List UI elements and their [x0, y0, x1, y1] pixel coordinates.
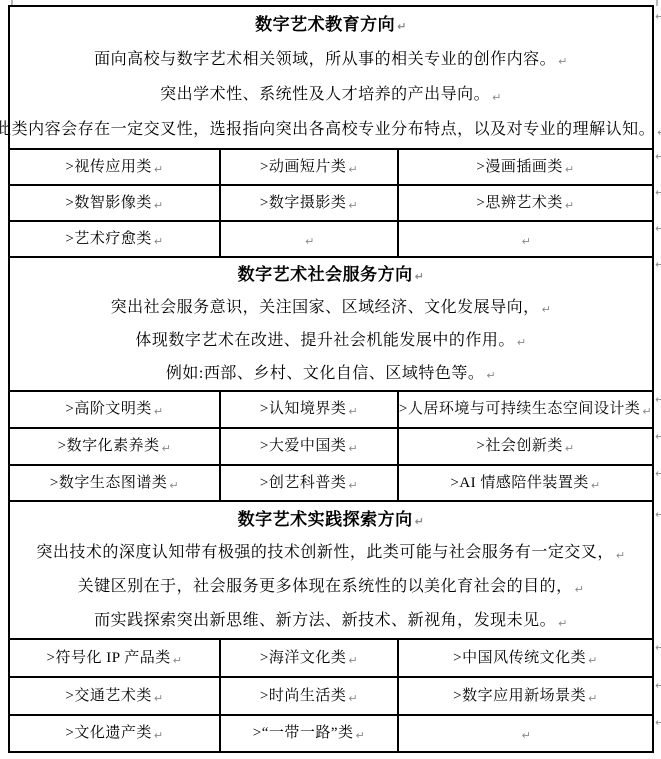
paragraph-mark-icon: ↵ — [558, 56, 568, 67]
paragraph-mark-icon: ↵ — [565, 200, 575, 211]
paragraph-mark-icon: ↵ — [415, 516, 425, 527]
paragraph-text: 关键区别在于，社会服务更多体现在系统性的以美化育社会的目的， — [78, 579, 573, 595]
paragraph-mark-icon: ↵ — [348, 693, 358, 704]
category-text: >大爱中国类 — [260, 439, 346, 454]
category-cell: >交通艺术类↵ — [10, 676, 221, 714]
paragraph-mark-icon: ↵ — [415, 271, 425, 282]
paragraph-mark-icon: ↵ — [162, 443, 172, 454]
section-title: 数字艺术实践探索方向↵ — [10, 502, 652, 536]
paragraph-mark-icon: ↵ — [348, 164, 358, 175]
category-cell: >符号化 IP 产品类↵ — [10, 638, 221, 676]
paragraph-mark-icon: ↵ — [657, 127, 661, 138]
category-text: >AI 情感陪伴装置类 — [450, 476, 589, 491]
category-row: >文化遗产类↵ >“一带一路”类↵ ↵ — [10, 714, 652, 751]
category-text: >数字摄影类 — [260, 196, 346, 211]
paragraph-text: 体现数字艺术在改进、提升社会机能发展中的作用。 — [135, 333, 515, 349]
paragraph-mark-icon: ↵ — [154, 730, 164, 741]
paragraph-mark-icon: ↵ — [492, 92, 502, 103]
paragraph-text: 例如:西部、乡村、文化自信、区域特色等。 — [166, 366, 484, 382]
category-text: >数字应用新场景类 — [453, 689, 586, 704]
row-end-mark-icon: ↵ — [655, 430, 661, 443]
section-paragraph: 面向高校与数字艺术相关领域，所从事的相关专业的创作内容。↵ — [10, 42, 652, 77]
category-cell: >数字生态图谱类↵ — [10, 464, 221, 500]
row-end-mark-icon: ↵ — [655, 258, 661, 271]
category-text: >漫画插画类 — [476, 160, 562, 175]
paragraph-mark-icon: ↵ — [154, 693, 164, 704]
paragraph-mark-icon: ↵ — [588, 655, 598, 666]
category-cell: >数智影像类↵ — [10, 184, 221, 220]
paragraph-mark-icon: ↵ — [486, 370, 496, 381]
section-title-text: 数字艺术社会服务方向 — [238, 266, 413, 283]
paragraph-mark-icon: ↵ — [542, 304, 552, 315]
margin-crop-mark-right — [656, 0, 658, 6]
paragraph-mark-icon: ↵ — [348, 480, 358, 491]
category-text: >认知境界类 — [260, 402, 346, 417]
section-paragraph: 此类内容会存在一定交叉性，选报指向突出各高校专业分布特点，以及对专业的理解认知。… — [10, 113, 652, 148]
category-text: >时尚生活类 — [260, 689, 346, 704]
category-text: >符号化 IP 产品类 — [47, 651, 171, 666]
paragraph-mark-icon: ↵ — [522, 236, 532, 247]
section-paragraph: 而实践探索突出新思维、新方法、新技术、新视角，发现未见。↵ — [10, 604, 652, 638]
paragraph-mark-icon: ↵ — [397, 21, 407, 32]
category-text: >数字化素养类 — [58, 439, 160, 454]
category-text: >社会创新类 — [476, 439, 562, 454]
category-row: >符号化 IP 产品类↵ >海洋文化类↵ >中国风传统文化类↵ — [10, 638, 652, 676]
paragraph-mark-icon: ↵ — [173, 655, 183, 666]
category-cell: >高阶文明类↵ — [10, 390, 221, 427]
paragraph-mark-icon: ↵ — [558, 618, 568, 629]
section-title-text: 数字艺术实践探索方向 — [238, 511, 413, 528]
category-cell: >人居环境与可持续生态空间设计类↵ — [399, 390, 652, 427]
paragraph-text: 突出社会服务意识，关注国家、区域经济、文化发展导向， — [111, 300, 540, 316]
category-cell: >漫画插画类↵ — [399, 148, 652, 184]
category-cell: >中国风传统文化类↵ — [399, 638, 652, 676]
category-cell: >动画短片类↵ — [221, 148, 399, 184]
row-end-mark-icon: ↵ — [655, 10, 661, 23]
paragraph-mark-icon: ↵ — [305, 236, 315, 247]
category-text: >文化遗产类 — [65, 726, 151, 741]
category-text: >交通艺术类 — [65, 689, 151, 704]
section-education-direction: 数字艺术教育方向↵ 面向高校与数字艺术相关领域，所从事的相关专业的创作内容。↵ … — [10, 7, 652, 148]
paragraph-mark-icon: ↵ — [348, 200, 358, 211]
category-cell-empty: ↵ — [399, 714, 652, 751]
row-end-mark-icon: ↵ — [655, 150, 661, 163]
paragraph-mark-icon: ↵ — [517, 337, 527, 348]
paragraph-mark-icon: ↵ — [348, 443, 358, 454]
row-end-mark-icon: ↵ — [655, 508, 661, 521]
row-end-mark-icon: ↵ — [655, 222, 661, 235]
category-row: >视传应用类↵ >动画短片类↵ >漫画插画类↵ — [10, 148, 652, 184]
category-cell: >艺术疗愈类↵ — [10, 220, 221, 256]
row-end-mark-icon: ↵ — [655, 716, 661, 729]
section-paragraph: 体现数字艺术在改进、提升社会机能发展中的作用。↵ — [10, 324, 652, 357]
category-text: >思辨艺术类 — [476, 196, 562, 211]
section-practice-exploration-direction: 数字艺术实践探索方向↵ 突出技术的深度认知带有极强的技术创新性，此类可能与社会服… — [10, 500, 652, 638]
category-cell-empty: ↵ — [399, 220, 652, 256]
paragraph-mark-icon: ↵ — [348, 406, 358, 417]
paragraph-mark-icon: ↵ — [169, 480, 179, 491]
paragraph-mark-icon: ↵ — [522, 730, 532, 741]
category-cell-empty: ↵ — [221, 220, 399, 256]
row-end-mark-icon: ↵ — [655, 186, 661, 199]
paragraph-mark-icon: ↵ — [575, 584, 585, 595]
category-cell: >创艺科普类↵ — [221, 464, 399, 500]
paragraph-mark-icon: ↵ — [591, 480, 601, 491]
paragraph-mark-icon: ↵ — [154, 406, 164, 417]
paragraph-mark-icon: ↵ — [565, 443, 575, 454]
paragraph-text: 面向高校与数字艺术相关领域，所从事的相关专业的创作内容。 — [94, 52, 556, 68]
section-title: 数字艺术教育方向↵ — [10, 7, 652, 42]
paragraph-mark-icon: ↵ — [588, 693, 598, 704]
paragraph-mark-icon: ↵ — [565, 164, 575, 175]
category-text: >动画短片类 — [260, 160, 346, 175]
paragraph-mark-icon: ↵ — [642, 406, 652, 417]
category-cell: >视传应用类↵ — [10, 148, 221, 184]
paragraph-text: 突出技术的深度认知带有极强的技术创新性，此类可能与社会服务有一定交叉， — [36, 545, 614, 561]
category-cell: >数字化素养类↵ — [10, 427, 221, 464]
category-row: >数字化素养类↵ >大爱中国类↵ >社会创新类↵ — [10, 427, 652, 464]
category-cell: >数字应用新场景类↵ — [399, 676, 652, 714]
section-paragraph: 突出学术性、系统性及人才培养的产出导向。↵ — [10, 78, 652, 113]
category-cell: >“一带一路”类↵ — [221, 714, 399, 751]
category-text: >创艺科普类 — [260, 476, 346, 491]
row-end-mark-icon: ↵ — [655, 679, 661, 692]
paragraph-mark-icon: ↵ — [154, 164, 164, 175]
category-cell: >AI 情感陪伴装置类↵ — [399, 464, 652, 500]
category-text: >视传应用类 — [65, 160, 151, 175]
category-text: >艺术疗愈类 — [65, 232, 151, 247]
section-social-service-direction: 数字艺术社会服务方向↵ 突出社会服务意识，关注国家、区域经济、文化发展导向，↵ … — [10, 256, 652, 390]
category-row: >数字生态图谱类↵ >创艺科普类↵ >AI 情感陪伴装置类↵ — [10, 464, 652, 500]
row-end-mark-icon: ↵ — [655, 467, 661, 480]
category-row: >高阶文明类↵ >认知境界类↵ >人居环境与可持续生态空间设计类↵ — [10, 390, 652, 427]
category-text: >海洋文化类 — [260, 651, 346, 666]
category-cell: >认知境界类↵ — [221, 390, 399, 427]
category-text: >数字生态图谱类 — [50, 476, 167, 491]
category-row: >艺术疗愈类↵ ↵ ↵ — [10, 220, 652, 256]
category-text: >“一带一路”类 — [253, 726, 354, 741]
category-cell: >社会创新类↵ — [399, 427, 652, 464]
document-page: 数字艺术教育方向↵ 面向高校与数字艺术相关领域，所从事的相关专业的创作内容。↵ … — [0, 0, 661, 759]
section-title: 数字艺术社会服务方向↵ — [10, 258, 652, 291]
category-text: >中国风传统文化类 — [453, 651, 586, 666]
paragraph-mark-icon: ↵ — [356, 730, 366, 741]
category-cell: >大爱中国类↵ — [221, 427, 399, 464]
directions-table: 数字艺术教育方向↵ 面向高校与数字艺术相关领域，所从事的相关专业的创作内容。↵ … — [8, 5, 654, 753]
section-title-text: 数字艺术教育方向 — [255, 16, 395, 33]
paragraph-mark-icon: ↵ — [154, 236, 164, 247]
category-text: >数智影像类 — [65, 196, 151, 211]
row-end-mark-icon: ↵ — [655, 641, 661, 654]
paragraph-text: 此类内容会存在一定交叉性，选报指向突出各高校专业分布特点，以及对专业的理解认知。 — [0, 122, 655, 138]
category-row: >交通艺术类↵ >时尚生活类↵ >数字应用新场景类↵ — [10, 676, 652, 714]
category-cell: >数字摄影类↵ — [221, 184, 399, 220]
paragraph-text: 突出学术性、系统性及人才培养的产出导向。 — [160, 87, 490, 103]
section-paragraph: 例如:西部、乡村、文化自信、区域特色等。↵ — [10, 357, 652, 390]
paragraph-text: 而实践探索突出新思维、新方法、新技术、新视角，发现未见。 — [94, 613, 556, 629]
category-cell: >思辨艺术类↵ — [399, 184, 652, 220]
category-text: >高阶文明类 — [65, 402, 151, 417]
category-text: >人居环境与可持续生态空间设计类 — [399, 402, 640, 417]
paragraph-mark-icon: ↵ — [348, 655, 358, 666]
paragraph-mark-icon: ↵ — [154, 200, 164, 211]
row-end-mark-icon: ↵ — [655, 393, 661, 406]
category-cell: >海洋文化类↵ — [221, 638, 399, 676]
paragraph-mark-icon: ↵ — [616, 550, 626, 561]
section-paragraph: 突出社会服务意识，关注国家、区域经济、文化发展导向，↵ — [10, 291, 652, 324]
category-cell: >时尚生活类↵ — [221, 676, 399, 714]
section-paragraph: 关键区别在于，社会服务更多体现在系统性的以美化育社会的目的，↵ — [10, 570, 652, 604]
category-row: >数智影像类↵ >数字摄影类↵ >思辨艺术类↵ — [10, 184, 652, 220]
section-paragraph: 突出技术的深度认知带有极强的技术创新性，此类可能与社会服务有一定交叉，↵ — [10, 536, 652, 570]
category-cell: >文化遗产类↵ — [10, 714, 221, 751]
